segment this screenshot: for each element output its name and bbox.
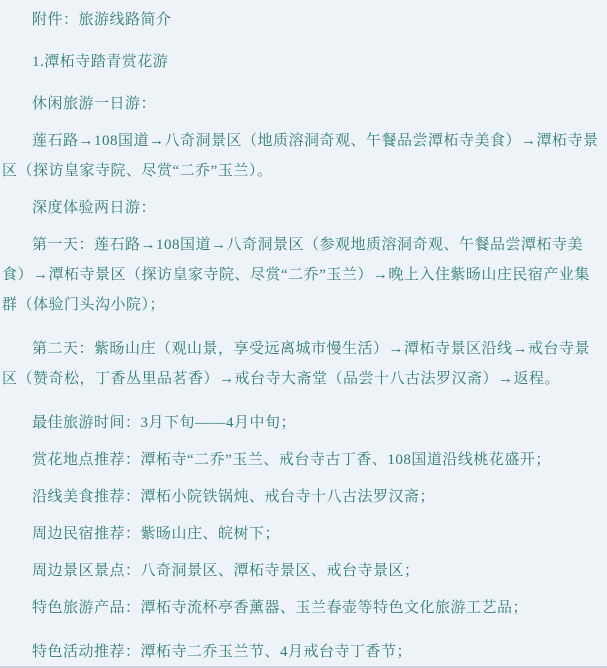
two-day-tour-day1: 第一天：莲石路→108国道→八奇洞景区（参观地质溶洞奇观、午餐品尝潭柘寺美食）→…	[2, 230, 605, 320]
two-day-tour-day2: 第二天：紫旸山庄（观山景，享受远离城市慢生活）→潭柘寺景区沿线→戒台寺景区（赞奇…	[2, 334, 605, 394]
featured-events: 特色活动推荐：潭柘寺二乔玉兰节、4月戒台寺丁香节；	[2, 637, 605, 667]
attachment-heading: 附件：旅游线路简介	[2, 5, 605, 35]
page: { "document": { "background_color": "#ed…	[0, 0, 607, 668]
flower-viewing-spots: 赏花地点推荐：潭柘寺“二乔”玉兰、戒台寺古丁香、108国道沿线桃花盛开；	[2, 445, 605, 475]
two-day-tour-heading: 深度体验两日游：	[2, 193, 605, 223]
document-body: 附件：旅游线路简介 1.潭柘寺踏青赏花游 休闲旅游一日游： 莲石路→108国道→…	[0, 0, 607, 667]
featured-products: 特色旅游产品：潭柘寺流杯亭香薰器、玉兰春壶等特色文化旅游工艺品；	[2, 593, 605, 623]
food-recommendation: 沿线美食推荐：潭柘小院铁锅炖、戒台寺十八古法罗汉斋；	[2, 482, 605, 512]
one-day-tour-route: 莲石路→108国道→八奇洞景区（地质溶洞奇观、午餐品尝潭柘寺美食）→潭柘寺景区（…	[2, 126, 605, 186]
nearby-attractions: 周边景区景点：八奇洞景区、潭柘寺景区、戒台寺景区；	[2, 556, 605, 586]
homestay-recommendation: 周边民宿推荐：紫旸山庄、皖树下；	[2, 519, 605, 549]
one-day-tour-heading: 休闲旅游一日游：	[2, 89, 605, 119]
route-title: 1.潭柘寺踏青赏花游	[2, 47, 605, 77]
best-travel-time: 最佳旅游时间：3月下旬——4月中旬；	[2, 408, 605, 438]
